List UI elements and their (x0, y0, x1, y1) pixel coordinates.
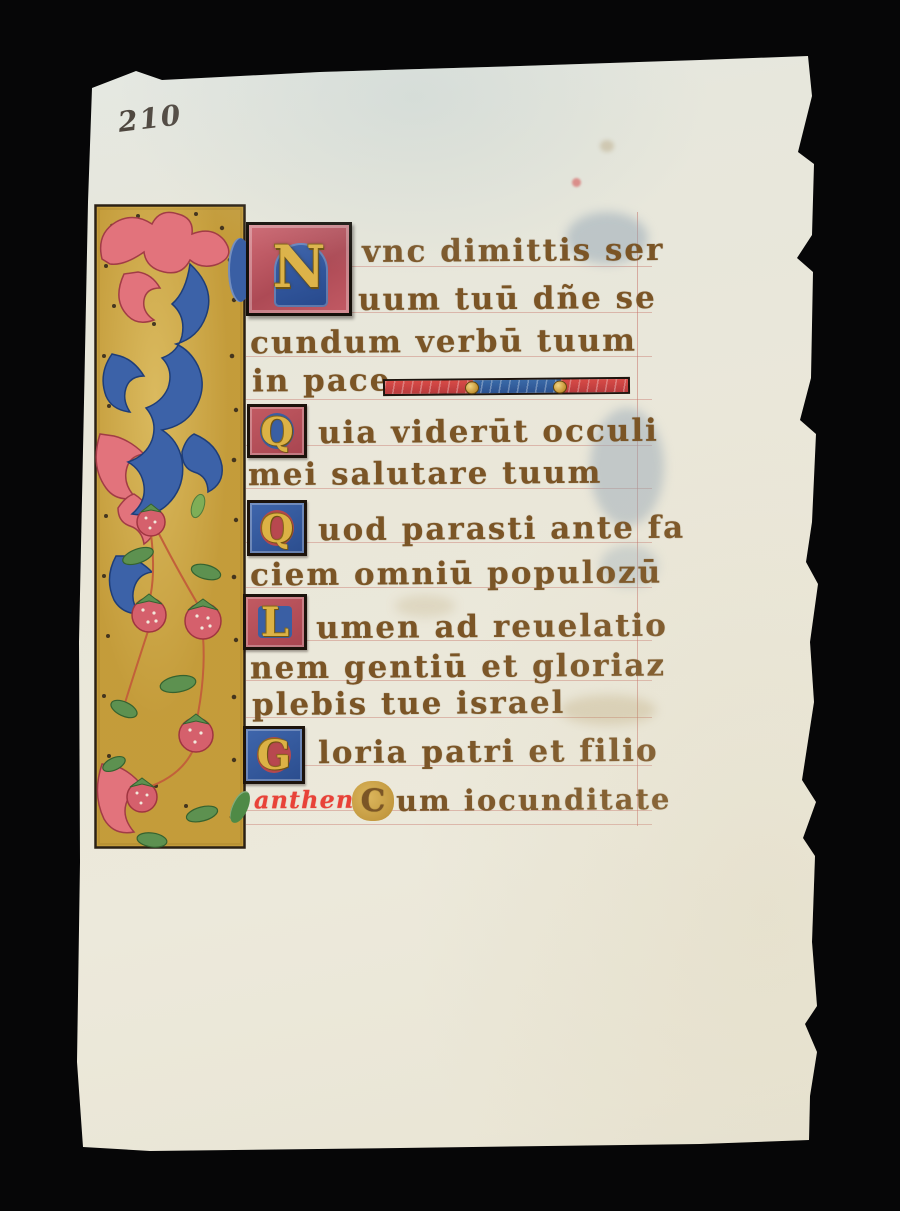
filler-gold-disc-2 (553, 380, 567, 393)
initial-g-letter: G (257, 732, 291, 779)
filler-red-segment-2 (561, 379, 628, 393)
text-line-8: ciem omniū populozū (250, 558, 662, 592)
initial-l-letter: L (261, 599, 289, 646)
text-line-7: uod parasti ante fa (318, 513, 685, 547)
line-filler-bar (383, 377, 630, 396)
illuminated-initial-q2: Q (247, 500, 307, 556)
text-line-2: uum tuū dñe se (358, 283, 657, 316)
text-line-6: mei salutare tuum (248, 458, 603, 491)
filler-blue-segment (473, 380, 561, 394)
folio-number: 210 (116, 98, 184, 139)
text-line-3: cundum verbū tuum (250, 326, 637, 360)
illuminated-initial-l: L (243, 594, 307, 650)
text-line-11: plebis tue israel (252, 688, 566, 721)
illuminated-initial-q1: Q (247, 404, 307, 458)
text-line-4: in pace (252, 366, 392, 398)
illuminated-initial-n: N (246, 222, 352, 316)
text-line-5: uia viderūt occuli (318, 416, 659, 449)
initial-n-letter: N (249, 233, 349, 301)
filler-red-segment (385, 380, 473, 394)
text-line-13: um iocunditate (396, 785, 672, 816)
manuscript-leaf: 210 (0, 0, 900, 1211)
initial-q1-letter: Q (260, 409, 293, 454)
illuminated-initial-g: G (243, 726, 305, 784)
initial-q2-letter: Q (260, 506, 293, 551)
text-line-9: umen ad reuelatio (316, 611, 668, 644)
illuminated-border (94, 204, 246, 849)
text-line-1: vnc dimittis ser (362, 235, 665, 268)
gold-initial-c: C (352, 781, 394, 821)
filler-gold-disc (465, 381, 479, 394)
photo-background: 210 (0, 0, 900, 1211)
text-line-12: loria patri et filio (318, 736, 659, 769)
text-line-10: nem gentiū et gloriaz (250, 651, 666, 685)
initial-c-letter: C (361, 783, 386, 819)
